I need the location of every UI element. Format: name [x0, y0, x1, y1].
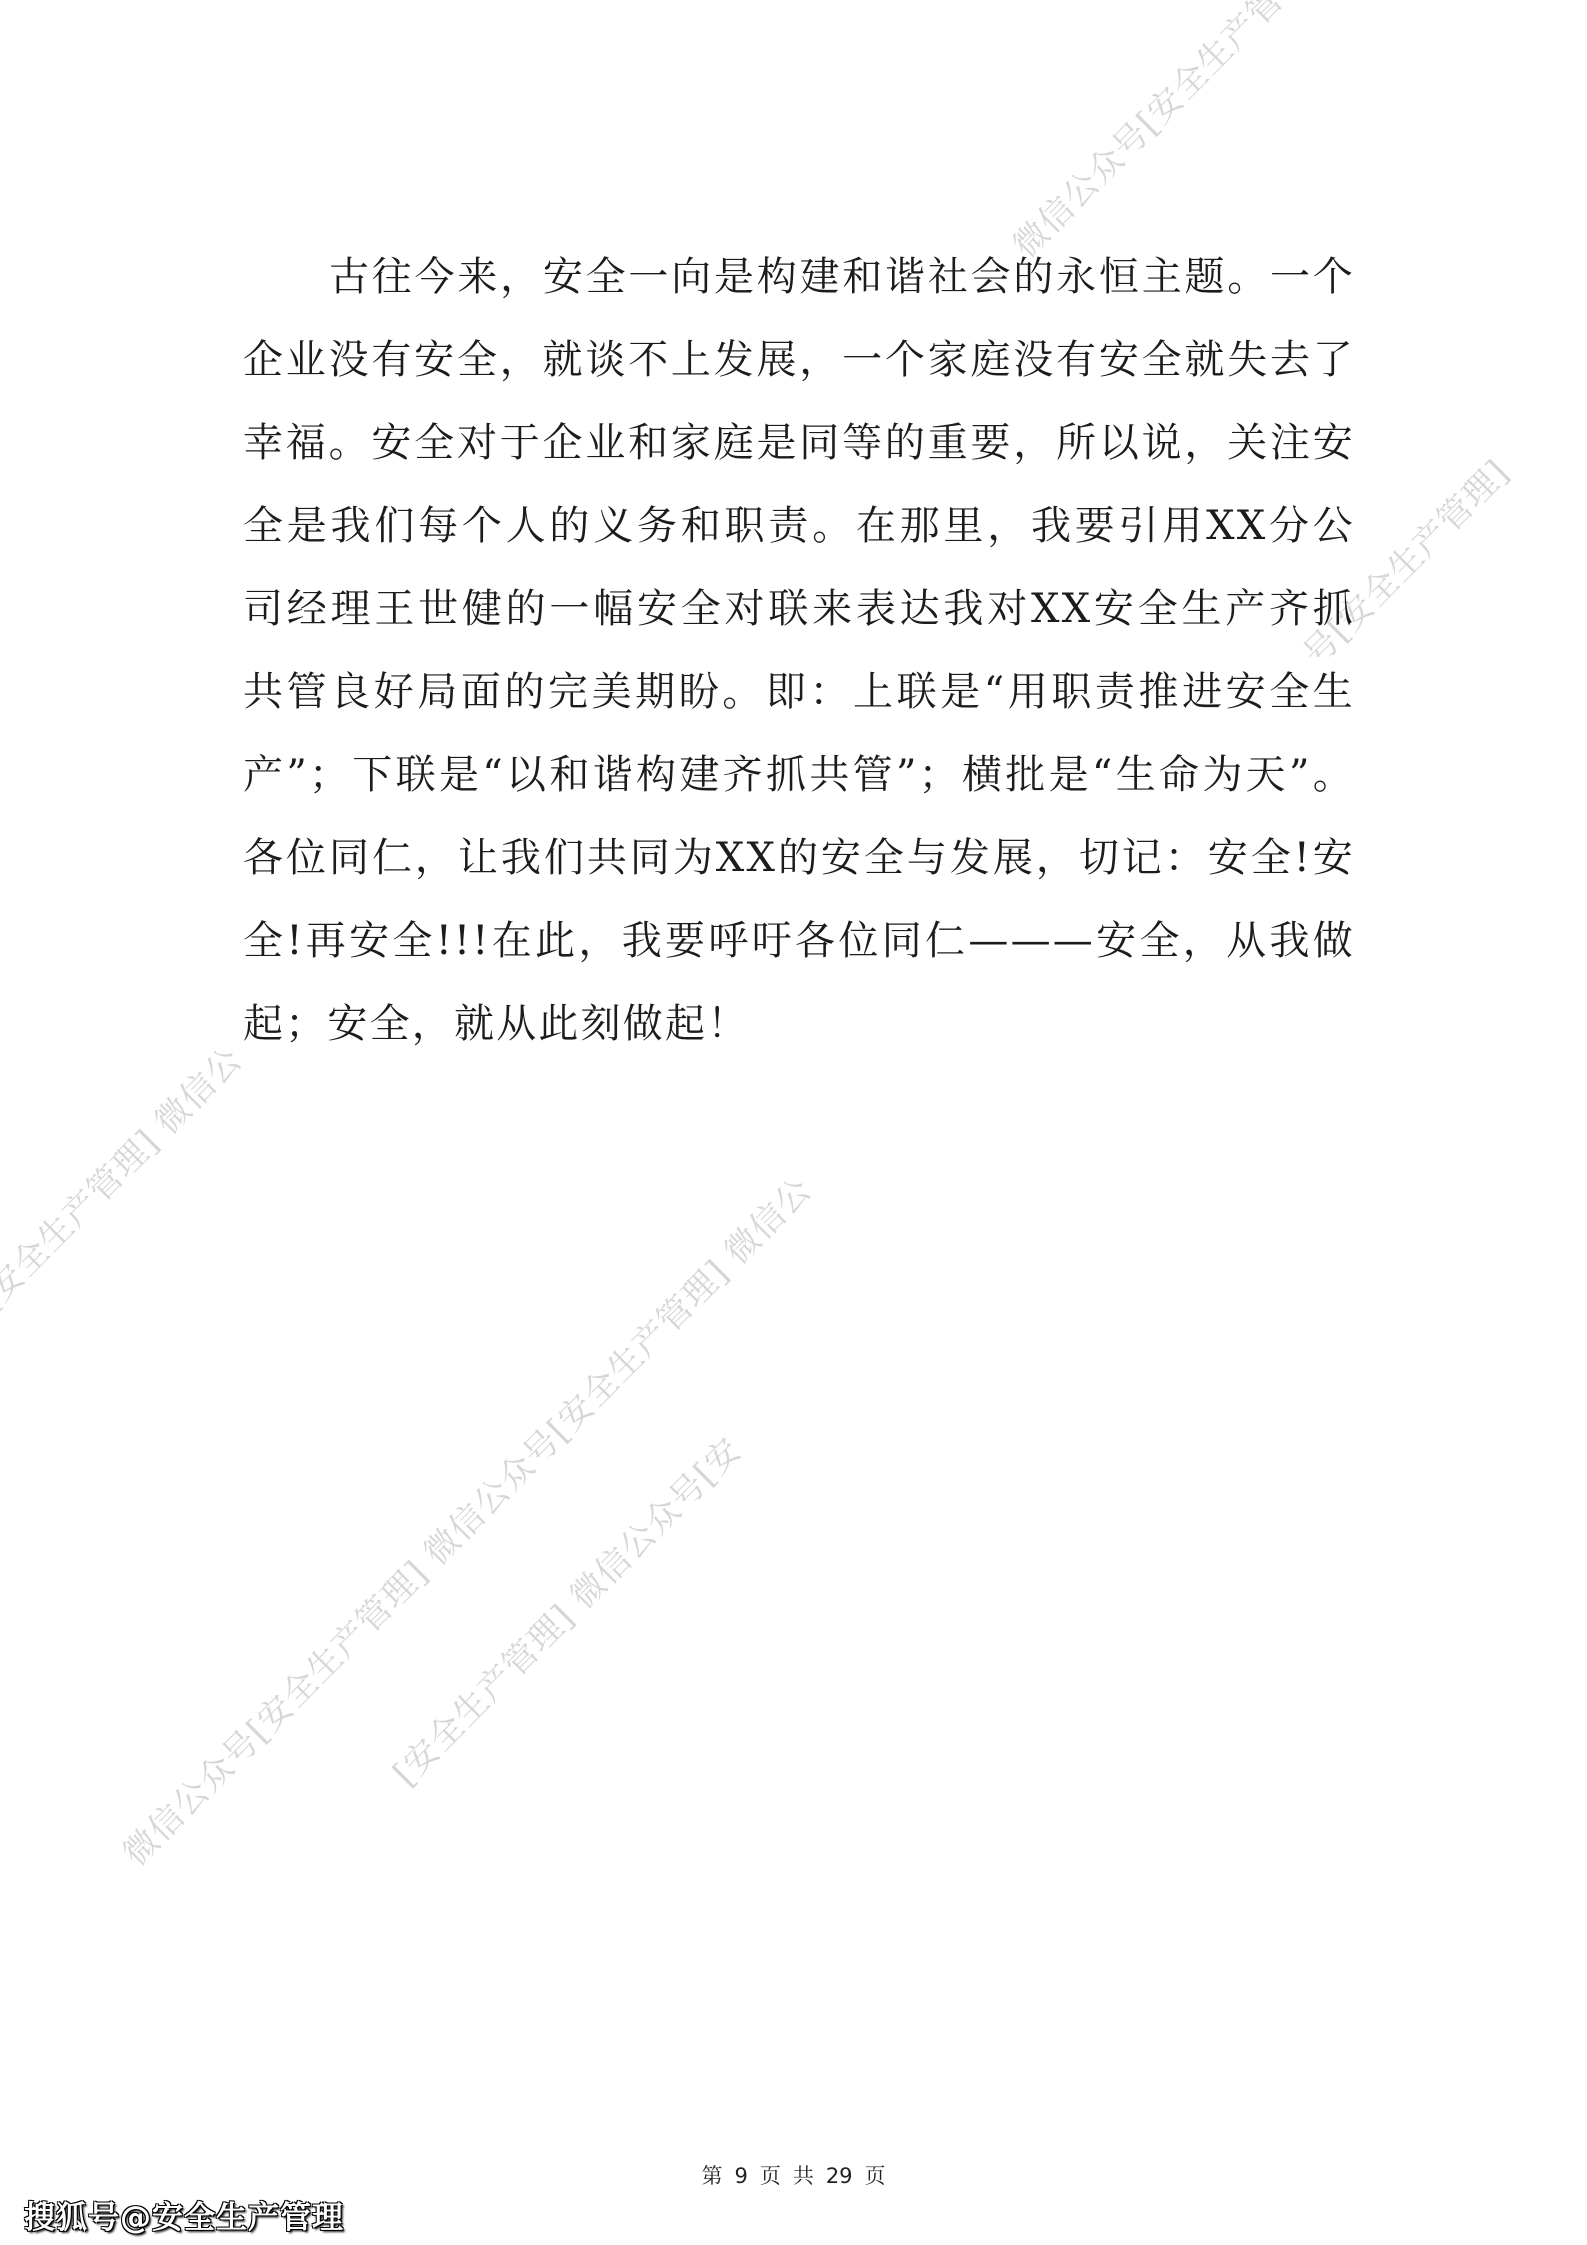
watermark-strip-lower: 微信公众号[安全生产管理] 微信公众号[安全生产管理] 微信公 — [110, 1164, 820, 1874]
document-page: 微信公众号[安全生产管理] 号[安全生产管理] 号[安全生产管理] 微信公 [安… — [0, 0, 1587, 2245]
page-footer: 第9页共29页 — [0, 2160, 1587, 2190]
footer-total-prefix: 共 — [793, 2164, 814, 2188]
current-page-number: 9 — [734, 2164, 747, 2188]
footer-total-unit: 页 — [865, 2164, 886, 2188]
watermark-strip-mid: [安全生产管理] 微信公众号[安 — [380, 1424, 750, 1794]
source-watermark-badge: 搜狐号@安全生产管理 — [24, 2192, 344, 2237]
footer-prefix: 第 — [701, 2164, 722, 2188]
footer-page-unit: 页 — [760, 2164, 781, 2188]
body-paragraph: 古往今来，安全一向是构建和谐社会的永恒主题。一个企业没有安全，就谈不上发展，一个… — [243, 236, 1355, 1066]
watermark-strip-top-right: 微信公众号[安全生产管理] — [1000, 0, 1327, 267]
total-pages-number: 29 — [826, 2164, 853, 2188]
watermark-strip-mid-left: 号[安全生产管理] 微信公 — [0, 1034, 251, 1345]
